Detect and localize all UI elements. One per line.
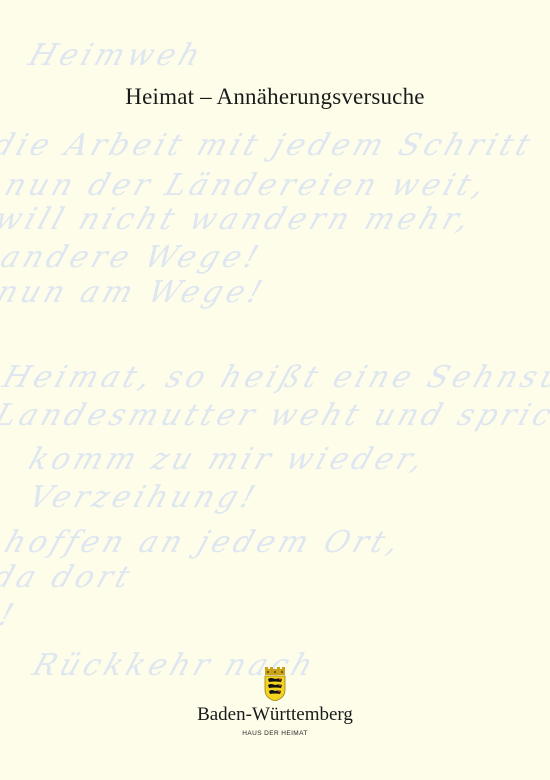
- document-title: Heimat – Annäherungsversuche: [0, 84, 550, 110]
- handwriting-line: nun der Ländereien weit,: [0, 168, 493, 203]
- handwriting-line: Heimat, so heißt eine Sehnsucht: [0, 360, 550, 395]
- background-handwriting: Heimweh die Arbeit mit jedem Schritt nun…: [0, 0, 550, 780]
- publisher-subtitle: HAUS DER HEIMAT: [0, 730, 550, 737]
- handwriting-line: nun am Wege!: [0, 275, 270, 310]
- handwriting-line: Landesmutter weht und spricht: [0, 398, 550, 433]
- handwriting-line: da dort: [0, 560, 138, 595]
- publisher-block: Baden-Württemberg HAUS DER HEIMAT: [0, 667, 550, 737]
- handwriting-line: die Arbeit mit jedem Schritt: [0, 128, 538, 163]
- baden-wuerttemberg-coat-of-arms-icon: [263, 667, 287, 701]
- handwriting-line: will nicht wandern mehr,: [0, 202, 477, 237]
- handwriting-line: hoffen an jedem Ort,: [0, 525, 407, 560]
- handwriting-line: !: [0, 598, 22, 633]
- document-page: Heimweh die Arbeit mit jedem Schritt nun…: [0, 0, 550, 780]
- handwriting-line: andere Wege!: [0, 240, 267, 275]
- handwriting-line: komm zu mir wieder,: [24, 442, 431, 477]
- publisher-name: Baden-Württemberg: [0, 704, 550, 726]
- handwriting-line: Verzeihung!: [24, 480, 263, 515]
- handwriting-line: Heimweh: [24, 38, 208, 73]
